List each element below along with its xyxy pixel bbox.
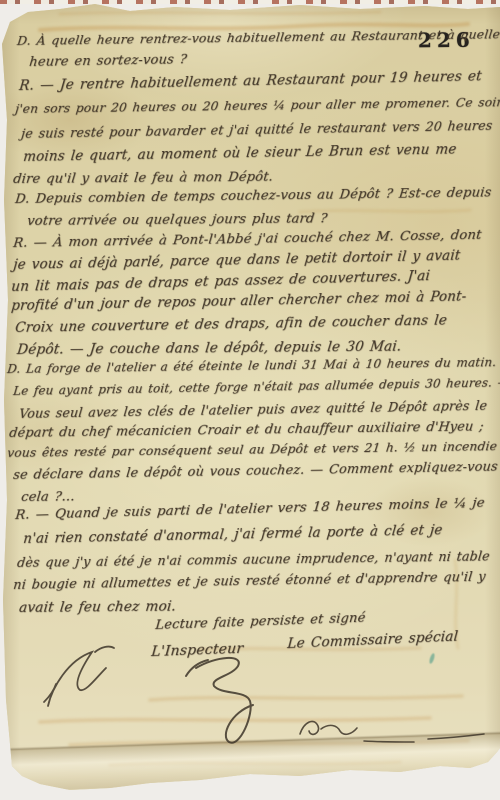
- left-paraph-signature: [44, 647, 114, 706]
- manuscript-paper: 226 D. À quelle heure rentrez-vous habit…: [0, 0, 500, 800]
- photographed-document: 226 D. À quelle heure rentrez-vous habit…: [0, 0, 500, 800]
- signature-dash: [364, 741, 414, 742]
- inspector-signature: [186, 658, 253, 743]
- signatures: [0, 0, 500, 800]
- photo-top-edge: [0, 0, 500, 4]
- trailing-dash: [428, 734, 484, 739]
- commissioner-signature: [300, 721, 484, 742]
